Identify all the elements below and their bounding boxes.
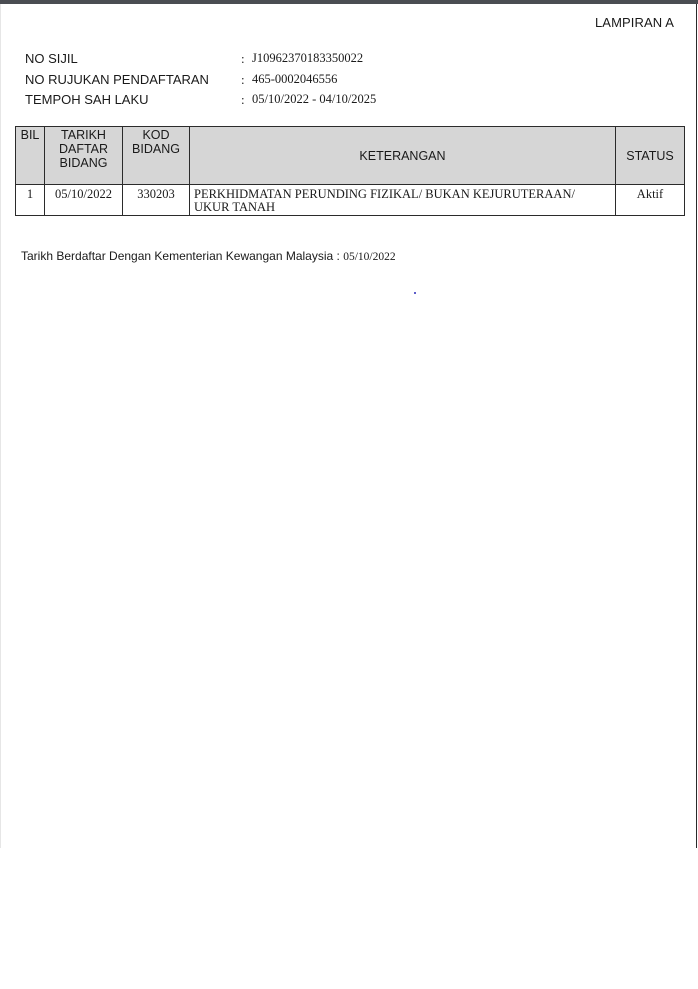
table-row: 1 05/10/2022 330203 PERKHIDMATAN PERUNDI… [16, 185, 685, 216]
cell-tarikh-daftar-bidang: 05/10/2022 [45, 185, 123, 216]
info-colon: : [241, 51, 245, 67]
appendix-label: LAMPIRAN A [595, 15, 674, 30]
info-label: TEMPOH SAH LAKU [25, 92, 149, 107]
cell-status: Aktif [616, 185, 685, 216]
info-label: NO RUJUKAN PENDAFTARAN [25, 72, 209, 87]
document-page: LAMPIRAN A NO SIJIL : J10962370183350022… [0, 4, 697, 848]
stray-dot-mark [414, 292, 416, 294]
registration-date-note: Tarikh Berdaftar Dengan Kementerian Kewa… [21, 249, 396, 263]
validity-period: 05/10/2022 - 04/10/2025 [252, 92, 376, 107]
column-header-label: KOD BIDANG [130, 128, 182, 156]
registration-date: 05/10/2022 [343, 251, 395, 263]
cell-kod-bidang: 330203 [123, 185, 190, 216]
column-header-bil: BIL [16, 127, 45, 185]
cell-bil: 1 [16, 185, 45, 216]
info-colon: : [241, 72, 245, 88]
cell-keterangan: PERKHIDMATAN PERUNDING FIZIKAL/ BUKAN KE… [190, 185, 616, 216]
column-header-label: TARIKH DAFTAR BIDANG [56, 128, 112, 170]
column-header-status: STATUS [616, 127, 685, 185]
info-colon: : [241, 92, 245, 108]
table-header-row: BIL TARIKH DAFTAR BIDANG KOD BIDANG KETE… [16, 127, 685, 185]
registration-date-label: Tarikh Berdaftar Dengan Kementerian Kewa… [21, 249, 343, 263]
registration-reference-number: 465-0002046556 [252, 72, 337, 87]
keterangan-text: PERKHIDMATAN PERUNDING FIZIKAL/ BUKAN KE… [194, 188, 594, 214]
info-label: NO SIJIL [25, 51, 78, 66]
column-header-keterangan: KETERANGAN [190, 127, 616, 185]
column-header-kod-bidang: KOD BIDANG [123, 127, 190, 185]
registration-table: BIL TARIKH DAFTAR BIDANG KOD BIDANG KETE… [15, 126, 685, 216]
certificate-number: J10962370183350022 [252, 51, 363, 66]
column-header-tarikh-daftar-bidang: TARIKH DAFTAR BIDANG [45, 127, 123, 185]
